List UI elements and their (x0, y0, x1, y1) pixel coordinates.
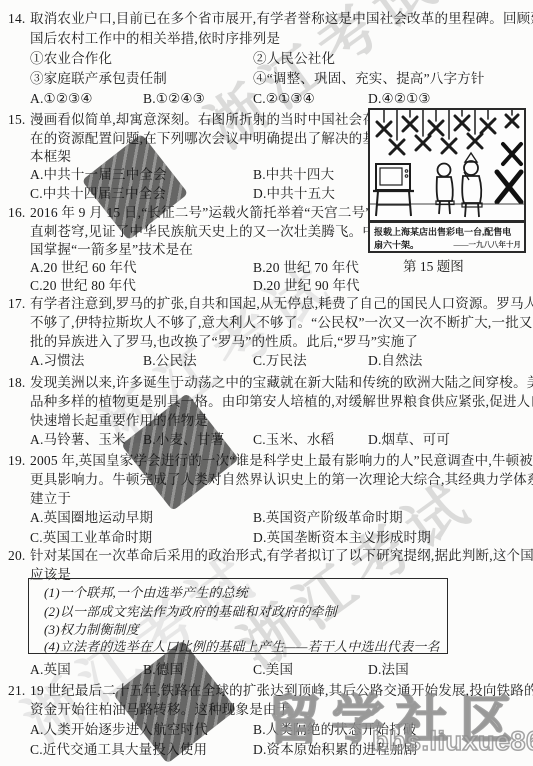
q19-line-3: 建立于 (30, 490, 71, 507)
q17-option-b: B.公民法 (143, 352, 197, 369)
q16-option-d: D.20 世纪 90 年代 (253, 277, 360, 294)
q14-item-3: ③家庭联产承包责任制 (30, 70, 167, 87)
caption-date: ——一九八八年十月 (454, 239, 522, 250)
q15-option-c: C.中共十四届三中全会 (30, 185, 166, 202)
q15-number: 15. (8, 111, 25, 128)
q20-line-1: 针对某国在一次革命后采用的政治形式,有学者拟订了以下研究提纲,据此判断,这个国家 (30, 547, 533, 564)
q14-line-2: 国后农村工作中的相关举措,依时序排列是 (30, 30, 280, 47)
q14-item-4: ④“调整、巩固、充实、提高”八字方针 (253, 70, 485, 87)
q19-line-1: 2005 年,英国皇家学会进行的一次“谁是科学史上最有影响力的人”民意调查中,牛… (30, 452, 533, 469)
caption-line-2: 扇六十架。 (374, 238, 419, 251)
q15-cartoon-figure (368, 108, 526, 222)
q18-line-2: 品种多样的植物更是别具一格。由印第安人培植的,对缓解世界粮食供应紧张,促进人口 (30, 393, 533, 410)
q14-option-d: D.④②①③ (368, 90, 431, 107)
q20-option-d: D.法国 (368, 661, 409, 678)
q14-option-c: C.②①③④ (253, 90, 315, 107)
q20-box-item-2: (2)以一部成文宪法作为政府的基础和对政府的牵制 (44, 603, 337, 620)
q14-option-b: B.①②④③ (143, 90, 205, 107)
q14-number: 14. (8, 10, 25, 27)
q17-number: 17. (8, 295, 25, 312)
q20-option-a: A.英国 (30, 661, 71, 678)
q14-line-1: 取消农业户口,目前已在多个省市展开,有学者誉称这是中国社会改革的里程碑。回顾建 (30, 10, 533, 27)
seated-people-figures (436, 153, 482, 217)
q21-number: 21. (8, 682, 25, 699)
q15-cartoon-caption: 报载上海某店出售彩电一台,配售电 扇六十架。 ——一九八八年十月 (368, 222, 526, 253)
q18-line-1: 发现美洲以来,许多诞生于动荡之中的宝藏就在新大陆和传统的欧洲大陆之间穿梭。美洲 (30, 374, 533, 391)
q19-option-d: D.英国垄断资本主义形成时期 (253, 529, 431, 546)
q19-option-a: A.英国圈地运动早期 (30, 509, 153, 526)
q15-option-a: A.中共十一届三中全会 (30, 166, 167, 183)
q19-option-c: C.英国工业革命时期 (30, 529, 152, 546)
q16-line-1: 2016 年 9 月 15 日,“长征二号”运载火箭托举着“天宫二号” (30, 204, 371, 221)
q18-number: 18. (8, 374, 25, 391)
q17-line-3: 批的异族进入了罗马,也改换了“罗马”的性质。此后,“罗马”实施了 (30, 333, 418, 350)
q17-option-d: D.自然法 (368, 352, 423, 369)
q16-number: 16. (8, 204, 25, 221)
q18-option-d: D.烟草、可可 (368, 431, 450, 448)
q17-line-1: 有学者注意到,罗马的扩张,自共和国起,从无停息,耗费了自己的国民人口资源。罗马人 (30, 295, 533, 312)
q14-item-2: ②人民公社化 (253, 50, 335, 67)
q15-line-3: 本框架 (30, 148, 71, 165)
caption-line-1: 报载上海某店出售彩电一台,配售电 (374, 225, 511, 238)
q16-option-b: B.20 世纪 70 年代 (253, 259, 359, 276)
large-fan-x-icon (497, 144, 521, 202)
hanging-fans-icons (377, 110, 518, 154)
exam-page: 浙江考试 浙江考试 浙江考试 浙江考试 14. 取消农业户口,目前已在多个省市展… (0, 0, 533, 766)
q16-line-2: 直刺苍穹,见证了中华民族航天史上的又一次壮美腾飞。中 (30, 223, 376, 240)
q16-line-3: 国掌握“一箭多星”技术是在 (30, 241, 193, 258)
q18-option-c: C.玉米、水稻 (253, 431, 334, 448)
q14-item-1: ①农业合作化 (30, 50, 112, 67)
q21-option-a: A.人类开始逐步进入航空时代 (30, 721, 208, 738)
q17-option-c: C.万民法 (253, 352, 307, 369)
q15-line-1: 漫画看似简单,却寓意深刻。右图所折射的当时中国社会存 (30, 111, 376, 128)
q21-option-c: C.近代交通工具大量投入使用 (30, 741, 207, 758)
q16-option-a: A.20 世纪 60 年代 (30, 259, 137, 276)
q20-box-item-4: (4)立法者的选举在人口比例的基础上产生——若干人中选出代表一名 (44, 638, 440, 655)
q17-line-2: 不够了,伊特拉斯坎人不够了,意大利人不够了。“公民权”一次又一次不断扩大,一批又… (30, 314, 533, 331)
q15-cartoon-drawing (370, 110, 524, 220)
q17-option-a: A.习惯法 (30, 352, 85, 369)
q20-option-b: B.德国 (143, 661, 183, 678)
q18-option-b: B.小麦、甘薯 (143, 431, 224, 448)
q18-line-3: 快速增长起重要作用的作物是 (30, 412, 208, 429)
community-url-watermark: bbs.liuxue86.com (372, 726, 533, 757)
q20-box-item-1: (1)一个联邦,一个由选举产生的总统 (44, 584, 248, 601)
q18-option-a: A.马铃薯、玉米 (30, 431, 126, 448)
q21-line-2: 资金开始往柏油马路转移。这种现象是由于 (30, 701, 290, 718)
q20-box-item-3: (3)权力制衡制度 (44, 621, 139, 638)
q16-option-c: C.20 世纪 80 年代 (30, 277, 136, 294)
q14-option-a: A.①②③④ (30, 90, 93, 107)
q15-figure-label: 第 15 题图 (403, 255, 464, 275)
q19-line-2: 更具影响力。牛顿完成了人类对自然界认识史上的第一次理论大综合,其经典力学体系初步 (30, 471, 533, 488)
q20-number: 20. (8, 547, 25, 564)
q20-option-c: C.美国 (253, 661, 293, 678)
q19-option-b: B.英国资产阶级革命时期 (253, 509, 403, 526)
q15-line-2: 在的资源配置问题,在下列哪次会议中明确提出了解决的基 (30, 130, 376, 147)
q19-number: 19. (8, 452, 25, 469)
q15-option-b: B.中共十四大 (253, 166, 334, 183)
q15-option-d: D.中共十五大 (253, 185, 335, 202)
tv-icon (373, 164, 414, 216)
